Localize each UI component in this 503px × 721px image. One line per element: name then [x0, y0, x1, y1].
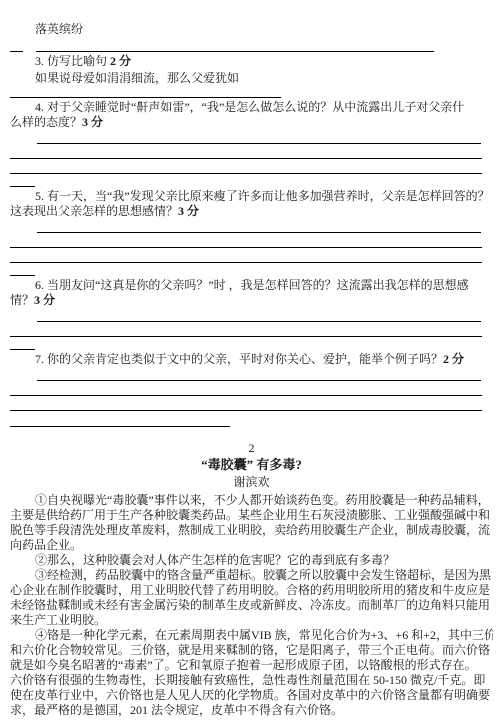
- article-author-line: 谢滨欢: [10, 474, 493, 490]
- answer-line-segment: [36, 51, 434, 52]
- article-paragraph-3-line: 未经铬盐鞣制或未经有害金属污染的制革生皮或新鲜皮、冷冻皮。而制革厂的边角料只能用: [10, 598, 493, 613]
- answer-line: [37, 232, 481, 233]
- question-3-line: 3. 仿写比喻句 2 分: [10, 54, 493, 69]
- question-3: 3. 仿写比喻句 2 分: [10, 54, 493, 69]
- answer-line: [37, 143, 481, 144]
- article-paragraph-3-line: ③经检测，药品胶囊中的铬含量严重超标。胶囊之所以胶囊中会发生铬超标，是因为黑: [10, 568, 493, 583]
- article-paragraph-2-line: ②那么，这种胶囊会对人体产生怎样的危害呢？它的毒到底有多毒？: [10, 553, 493, 568]
- score-label: 2 分: [443, 352, 464, 366]
- article-paragraph-4-line: ④铬是一种化学元素，在元素周期表中属VIB 族，常见化合价为+3、+6 和+2，…: [10, 628, 493, 643]
- worksheet-page: 落英缤纷3. 仿写比喻句 2 分如果说母爱如涓涓细流，那么父爱犹如4. 对于父亲…: [0, 0, 503, 721]
- article-paragraph-2: ②那么，这种胶囊会对人体产生怎样的危害呢？它的毒到底有多毒？: [10, 553, 493, 568]
- question-6-line: 6. 当朋友问“这真是你的父亲吗？”时 ，我是怎样回答的？这流露出我怎样的思想感: [10, 278, 493, 293]
- answer-line-stub: [10, 186, 35, 187]
- score-label: 3 分: [82, 115, 103, 129]
- question-6: 6. 当朋友问“这真是你的父亲吗？”时 ，我是怎样回答的？这流露出我怎样的思想感…: [10, 278, 493, 308]
- answer-line: [10, 426, 230, 427]
- section-number-line: 2: [10, 440, 493, 456]
- question-5: 5. 有一天，当“我”发现父亲比原来瘦了许多而让他多加强营养时，父亲是怎样回答的…: [10, 189, 493, 219]
- answer-text-idiom-line: 落英缤纷: [10, 22, 493, 37]
- question-4-line: 么样的态度？3 分: [10, 115, 493, 130]
- answer-line: [10, 336, 482, 337]
- article-paragraph-3-line: 来生产工业明胶。: [10, 613, 493, 628]
- article-paragraph-4-line: 和六价化合物较常见。三价铬，就是用来鞣制的铬，它是阳离子，带三个正电荷。而六价铬: [10, 643, 493, 658]
- question-4-line: 4. 对于父亲睡觉时“鼾声如雷”，“我”是怎么做怎么说的？从中流露出儿子对父亲什: [10, 100, 493, 115]
- score-label: 3 分: [34, 293, 55, 307]
- question-7: 7. 你的父亲肯定也类似于文中的父亲，平时对你关心、爱护，能举个例子吗？2 分: [10, 352, 493, 367]
- article-paragraph-4-line: 求，最严格的是德国，201 法令规定，皮革中不得含有六价铬。: [10, 703, 493, 718]
- article-paragraph-4: ④铬是一种化学元素，在元素周期表中属VIB 族，常见化合价为+3、+6 和+2，…: [10, 628, 493, 718]
- question-6-line: 情？3 分: [10, 293, 493, 308]
- section-number: 2: [10, 440, 493, 456]
- article-paragraph-1: ①自央视曝光“毒胶囊”事件以来，不少人都开始谈药色变。药用胶囊是一种药品辅料，主…: [10, 493, 493, 553]
- question-4: 4. 对于父亲睡觉时“鼾声如雷”，“我”是怎么做怎么说的？从中流露出儿子对父亲什…: [10, 100, 493, 130]
- answer-line: [37, 380, 481, 381]
- answer-line-wrapped: [10, 51, 493, 52]
- answer-line-segment: [10, 51, 23, 52]
- article-paragraph-1-line: ①自央视曝光“毒胶囊”事件以来，不少人都开始谈药色变。药用胶囊是一种药品辅料，: [10, 493, 493, 508]
- question-5-line: 5. 有一天，当“我”发现父亲比原来瘦了许多而让他多加强营养时，父亲是怎样回答的…: [10, 189, 493, 204]
- answer-line: [10, 158, 482, 159]
- article-paragraph-4-line: 就是如今臭名昭著的“毒素”了。它和氧原子抱着一起形成原子团，以铬酸根的形式存在。: [10, 658, 493, 673]
- answer-line: [10, 395, 482, 396]
- article-paragraph-1-line: 主要是供给药厂用于生产各种胶囊类药品。某些企业用生石灰浸渍膨胀、工业强酸强碱中和: [10, 508, 493, 523]
- question-7-line: 7. 你的父亲肯定也类似于文中的父亲，平时对你关心、爱护，能举个例子吗？2 分: [10, 352, 493, 367]
- answer-line: [10, 173, 482, 174]
- article-title-line: “毒胶囊” 有多毒?: [10, 457, 493, 473]
- answer-line: [10, 97, 281, 98]
- answer-line: [10, 262, 482, 263]
- answer-line: [10, 410, 482, 411]
- answer-line: [10, 247, 482, 248]
- answer-line: [37, 321, 481, 322]
- article-paragraph-3-line: 心企业在制作胶囊时，用工业明胶代替了药用明胶。合格的药用明胶所用的猪皮和牛皮应是: [10, 583, 493, 598]
- article-paragraph-4-line: 使在皮革行业中，六价铬也是人见人厌的化学物质。各国对皮革中的六价铬含量都有明确要: [10, 688, 493, 703]
- score-label: 3 分: [178, 204, 199, 218]
- article-author: 谢滨欢: [10, 474, 493, 490]
- question-3-prompt-line: 如果说母爱如涓涓细流，那么父爱犹如: [10, 71, 493, 86]
- answer-line-stub: [10, 349, 35, 350]
- score-label: 2 分: [110, 54, 131, 68]
- article-title: “毒胶囊” 有多毒?: [10, 457, 493, 473]
- article-paragraph-1-line: 向药品企业。: [10, 538, 493, 553]
- answer-line-stub: [10, 275, 35, 276]
- article-paragraph-3: ③经检测，药品胶囊中的铬含量严重超标。胶囊之所以胶囊中会发生铬超标，是因为黑心企…: [10, 568, 493, 628]
- answer-text-idiom: 落英缤纷: [10, 22, 493, 37]
- question-5-line: 这表现出父亲怎样的思想感情？3 分: [10, 204, 493, 219]
- article-paragraph-1-line: 脱色等手段清洗处理皮革废料，熬制成工业明胶，卖给药用胶囊生产企业，制成毒胶囊，流: [10, 523, 493, 538]
- question-3-prompt: 如果说母爱如涓涓细流，那么父爱犹如: [10, 71, 493, 86]
- article-paragraph-4-line: 六价铬有很强的生物毒性，长期接触有致癌性，急性毒性剂量范围在 50-150 微克…: [10, 673, 493, 688]
